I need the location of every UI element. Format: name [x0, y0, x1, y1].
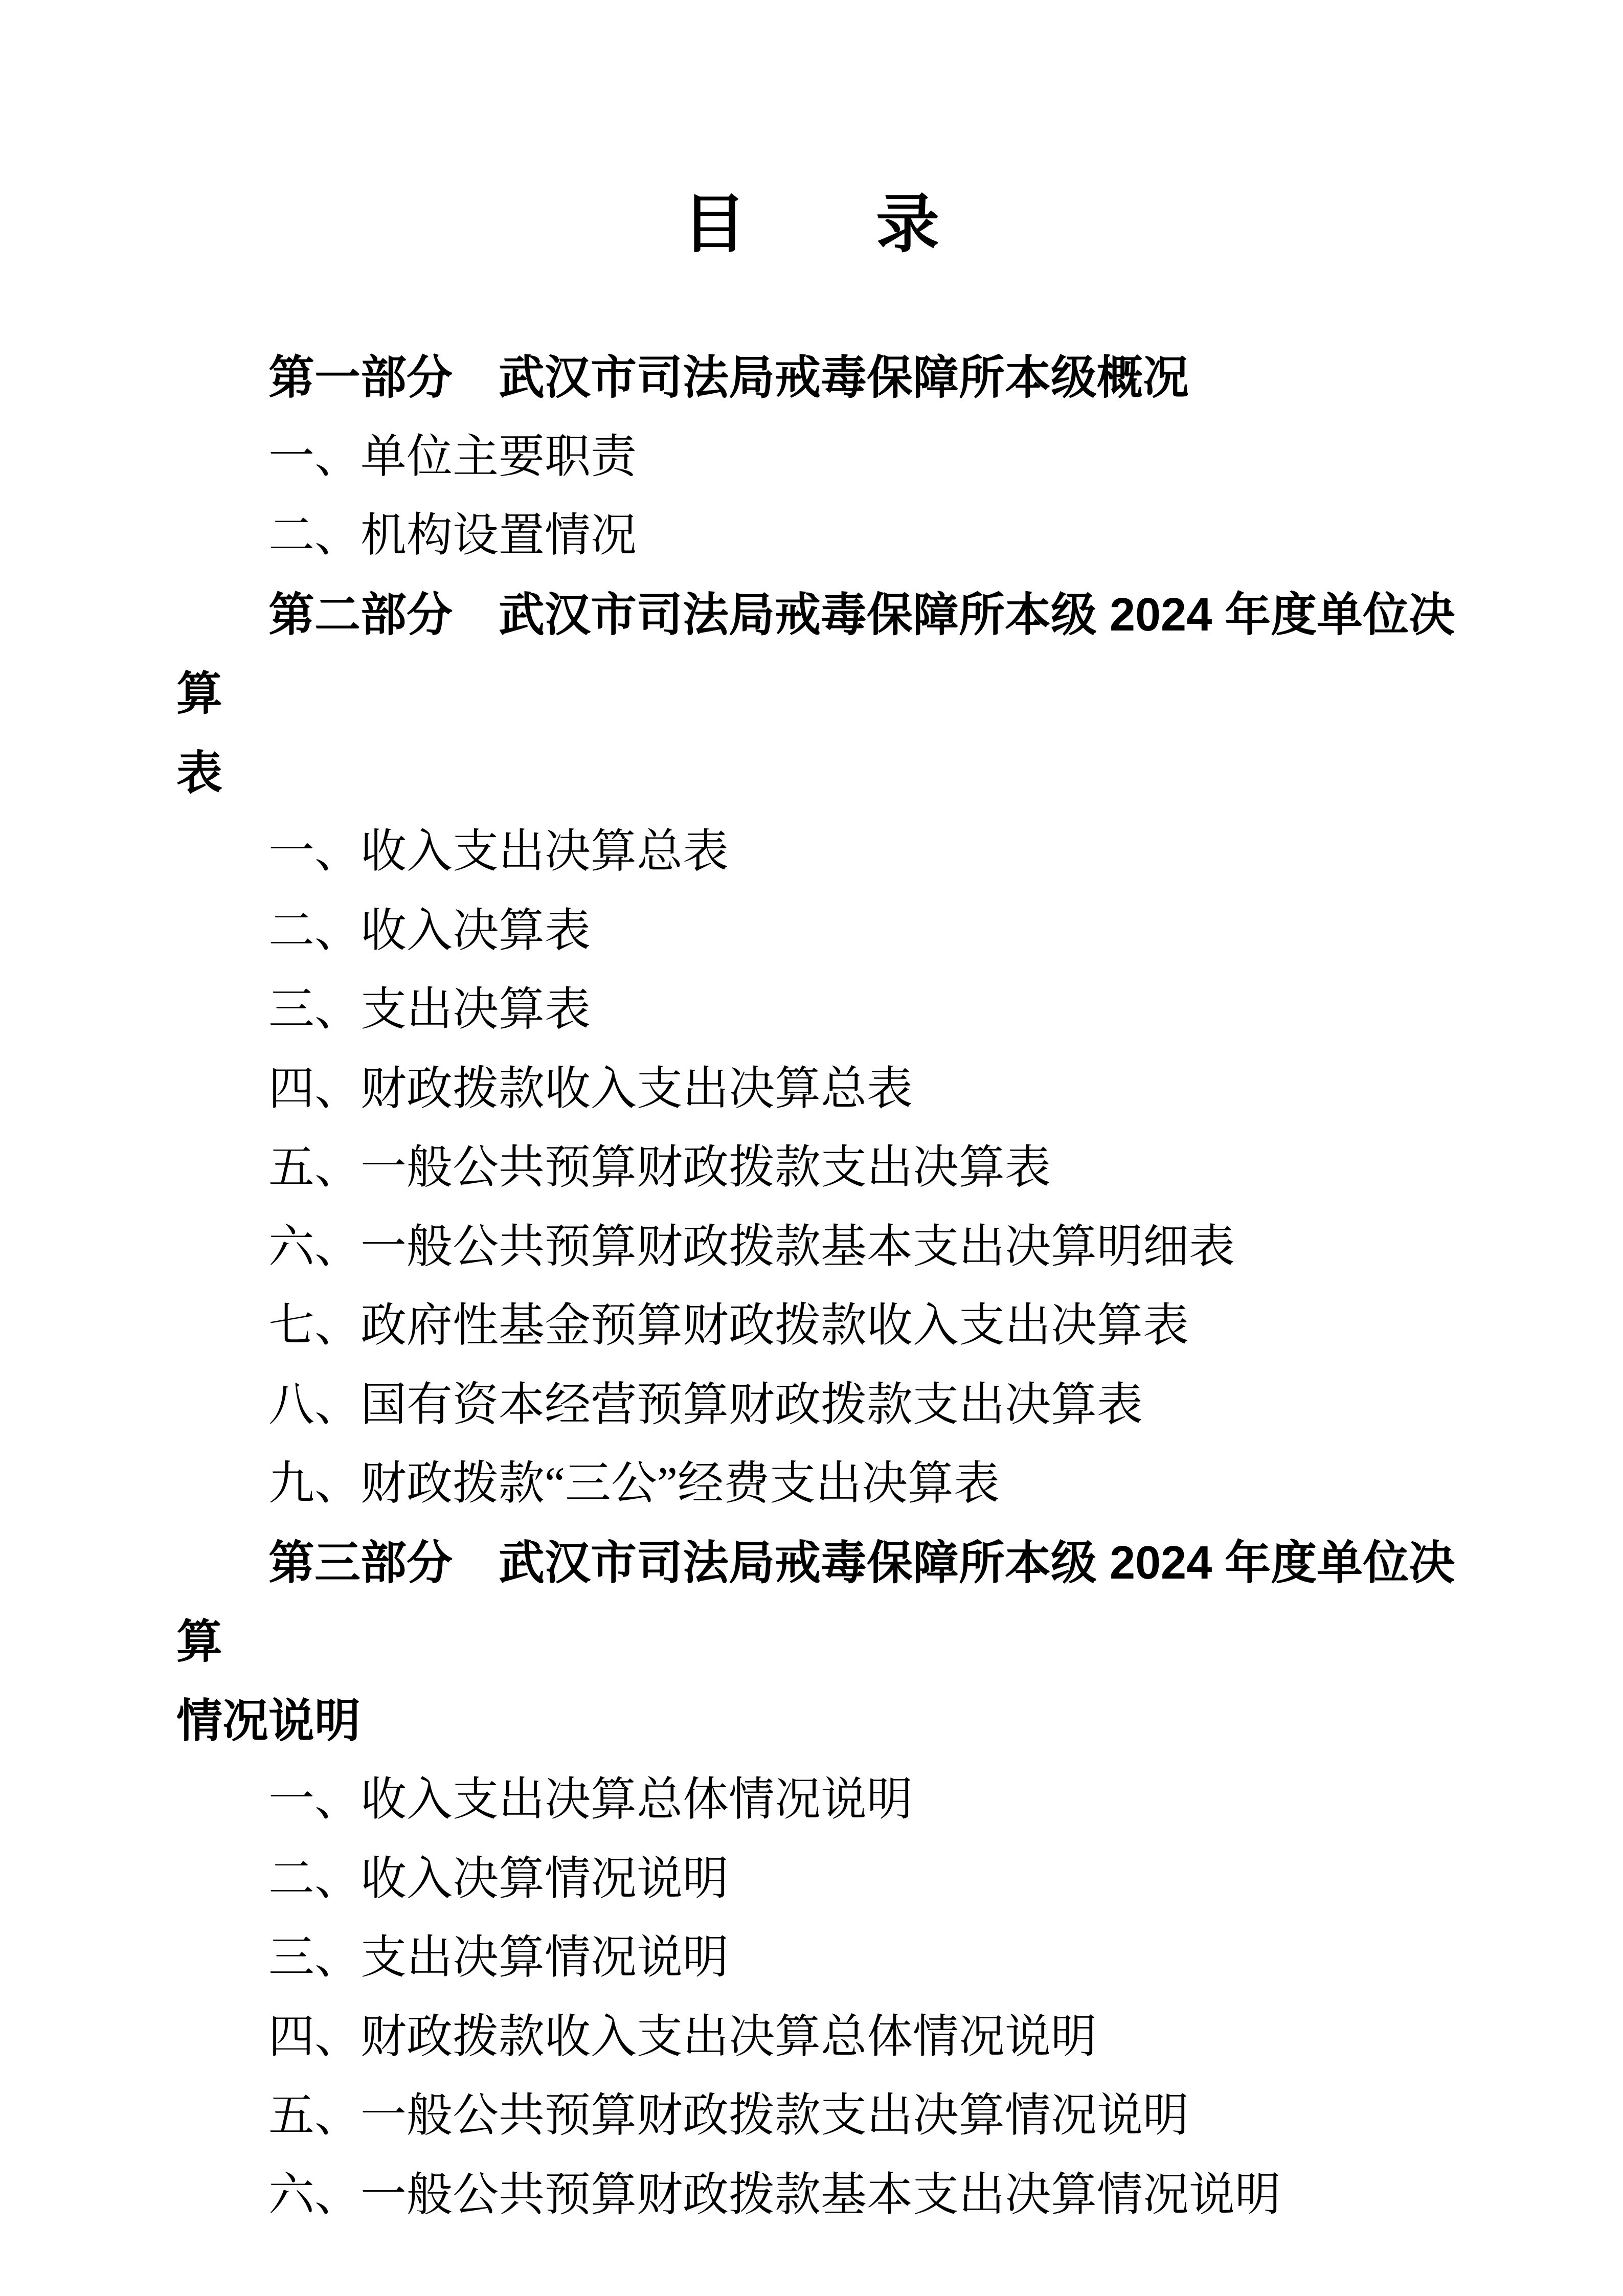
- toc-heading-part1: 第一部分 武汉市司法局戒毒保障所本级概况: [176, 339, 1466, 418]
- toc-item-part2-4: 四、财政拨款收入支出决算总表: [176, 1050, 1466, 1129]
- document-page: 目 录 第一部分 武汉市司法局戒毒保障所本级概况 一、单位主要职责 二、机构设置…: [0, 0, 1623, 2296]
- toc-item-part1-2: 二、机构设置情况: [176, 497, 1466, 576]
- toc-item-part3-4: 四、财政拨款收入支出决算总体情况说明: [176, 1998, 1466, 2077]
- toc-item-part2-3: 三、支出决算表: [176, 971, 1466, 1050]
- toc-heading-part3: 第三部分 武汉市司法局戒毒保障所本级 2024 年度单位决算: [176, 1524, 1466, 1682]
- toc-item-part3-2: 二、收入决算情况说明: [176, 1840, 1466, 1919]
- toc-content: 第一部分 武汉市司法局戒毒保障所本级概况 一、单位主要职责 二、机构设置情况 第…: [176, 339, 1466, 2235]
- toc-heading-part2: 第二部分 武汉市司法局戒毒保障所本级 2024 年度单位决算: [176, 576, 1466, 734]
- toc-item-part2-1: 一、收入支出决算总表: [176, 813, 1466, 892]
- toc-item-part2-6: 六、一般公共预算财政拨款基本支出决算明细表: [176, 1208, 1466, 1287]
- toc-item-part3-6: 六、一般公共预算财政拨款基本支出决算情况说明: [176, 2156, 1466, 2235]
- toc-item-part2-9: 九、财政拨款“三公”经费支出决算表: [176, 1445, 1466, 1524]
- toc-item-part3-5: 五、一般公共预算财政拨款支出决算情况说明: [176, 2077, 1466, 2156]
- toc-heading-part2-wrap: 表: [176, 734, 1466, 813]
- toc-heading-part3-wrap: 情况说明: [176, 1682, 1466, 1761]
- toc-title: 目 录: [0, 190, 1623, 259]
- toc-item-part1-1: 一、单位主要职责: [176, 418, 1466, 497]
- toc-item-part2-8: 八、国有资本经营预算财政拨款支出决算表: [176, 1366, 1466, 1445]
- toc-item-part2-7: 七、政府性基金预算财政拨款收入支出决算表: [176, 1287, 1466, 1366]
- toc-item-part3-1: 一、收入支出决算总体情况说明: [176, 1761, 1466, 1840]
- toc-item-part2-5: 五、一般公共预算财政拨款支出决算表: [176, 1129, 1466, 1208]
- toc-item-part3-3: 三、支出决算情况说明: [176, 1919, 1466, 1998]
- toc-item-part2-2: 二、收入决算表: [176, 892, 1466, 971]
